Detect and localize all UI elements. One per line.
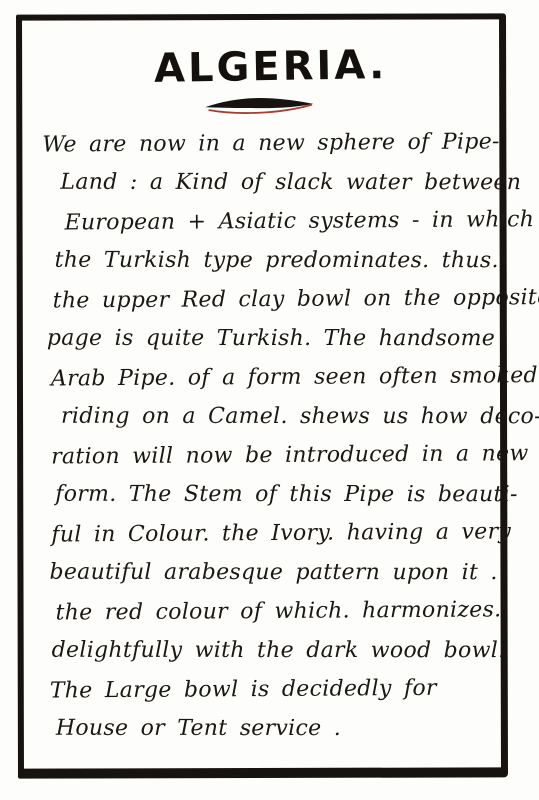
handwritten-line: the Turkish type predominates. thus. bbox=[55, 241, 490, 280]
handwritten-line: House or Tent service . bbox=[56, 709, 491, 748]
flourish-black-stroke bbox=[205, 98, 313, 108]
page-title: ALGERIA. bbox=[52, 40, 490, 93]
handwritten-line: the upper Red clay bowl on the opposite bbox=[53, 278, 490, 320]
handwritten-line: ful in Colour. the Ivory. having a very bbox=[51, 512, 490, 554]
handwritten-line: delightfully with the dark wood bowl. bbox=[52, 631, 491, 670]
handwritten-line: We are now in a new sphere of Pipe- bbox=[42, 122, 489, 164]
manuscript-page: ALGERIA. We are now in a new sphere of P… bbox=[0, 0, 539, 800]
handwritten-line: European + Asiatic systems - in which bbox=[64, 200, 489, 242]
handwritten-line: The Large bowl is decidedly for bbox=[50, 668, 491, 710]
handwritten-line: beautiful arabesque pattern upon it . bbox=[49, 553, 490, 592]
handwritten-line: riding on a Camel. shews us how deco- bbox=[61, 397, 490, 436]
title-underline-flourish-icon bbox=[201, 92, 321, 116]
handwritten-line: ration will now be introduced in a new bbox=[51, 434, 490, 476]
handwritten-text: We are now in a new sphere of Pipe- Land… bbox=[22, 123, 501, 748]
handwritten-line: Land : a Kind of slack water between bbox=[60, 163, 489, 202]
handwritten-line: the red colour of which. harmonizes. bbox=[55, 590, 490, 632]
handwritten-line: form. The Stem of this Pipe is beauti- bbox=[55, 475, 490, 514]
handwritten-line: Arab Pipe. of a form seen often smoked bbox=[51, 356, 490, 398]
handwritten-line: page is quite Turkish. The handsome bbox=[47, 319, 490, 358]
hand-drawn-border: ALGERIA. We are now in a new sphere of P… bbox=[16, 13, 508, 778]
